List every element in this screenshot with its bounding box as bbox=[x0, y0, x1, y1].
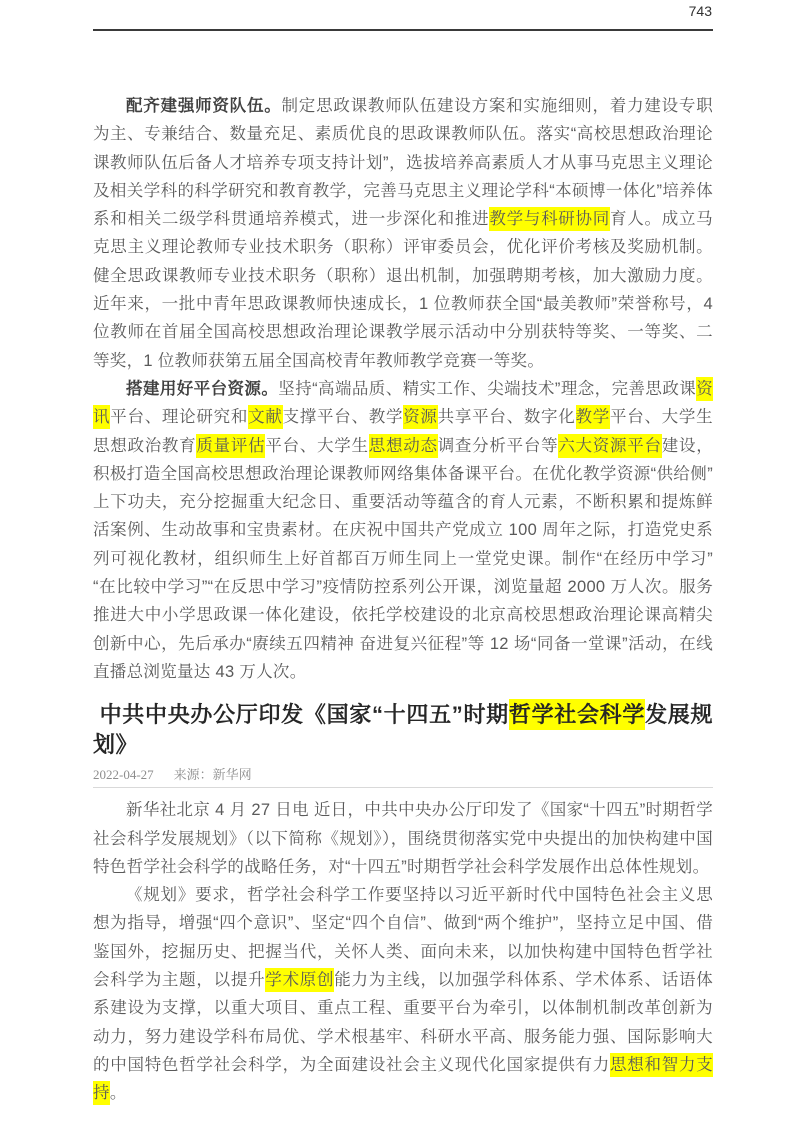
page-number: 743 bbox=[689, 3, 712, 19]
highlighted-text: 文献 bbox=[248, 405, 282, 429]
text-segment: 共享平台、数字化 bbox=[438, 408, 576, 426]
text-segment: 新华社北京 4 月 27 日电 近日，中共中央办公厅印发了《国家“十四五”时期哲… bbox=[93, 801, 713, 876]
text-segment: 平台、理论研究和 bbox=[110, 408, 248, 426]
paragraph-news-requirements: 《规划》要求，哲学社会科学工作要坚持以习近平新时代中国特色社会主义思想为指导，增… bbox=[93, 881, 713, 1107]
header-rule bbox=[93, 29, 713, 31]
highlighted-text: 思想动态 bbox=[369, 434, 438, 458]
article-title: 中共中央办公厅印发《国家“十四五”时期哲学社会科学发展规划》 bbox=[93, 700, 713, 760]
paragraph-lead: 配齐建强师资队伍。 bbox=[126, 97, 282, 115]
text-segment: 育人。成立马克思主义理论教师专业技术职务（职称）评审委员会，优化评价考核及奖励机… bbox=[93, 210, 713, 369]
highlighted-text: 教学与科研协同 bbox=[489, 207, 610, 231]
text-segment: 平台、大学生 bbox=[265, 437, 368, 455]
highlighted-text: 哲学社会科学 bbox=[509, 699, 645, 730]
text-segment: 调查分析平台等 bbox=[438, 437, 559, 455]
highlighted-text: 六大资源平台 bbox=[558, 434, 661, 458]
paragraph-platform-resources: 搭建用好平台资源。坚持“高端品质、精实工作、尖端技术”理念，完善思政课资讯平台、… bbox=[93, 375, 713, 686]
highlighted-text: 资源 bbox=[403, 405, 437, 429]
highlighted-text: 教学 bbox=[576, 405, 610, 429]
article-date: 2022-04-27 bbox=[93, 768, 154, 782]
text-segment: 中共中央办公厅印发《国家“十四五”时期 bbox=[100, 702, 509, 727]
paragraph-teacher-team: 配齐建强师资队伍。制定思政课教师队伍建设方案和实施细则，着力建设专职为主、专兼结… bbox=[93, 92, 713, 375]
text-segment: 支撑平台、教学 bbox=[283, 408, 404, 426]
article-meta: 2022-04-27 来源：新华网 bbox=[93, 768, 713, 788]
paragraph-lead: 搭建用好平台资源。 bbox=[126, 380, 278, 398]
article-source: 来源：新华网 bbox=[174, 768, 252, 782]
highlighted-text: 质量评估 bbox=[196, 434, 265, 458]
highlighted-text: 学术原创 bbox=[265, 968, 334, 992]
text-segment: 坚持“高端品质、精实工作、尖端技术”理念，完善思政课 bbox=[278, 380, 696, 398]
text-segment: 制定思政课教师队伍建设方案和实施细则，着力建设专职为主、专兼结合、数量充足、素质… bbox=[93, 97, 713, 228]
text-segment: 建设，积极打造全国高校思想政治理论课教师网络集体备课平台。在优化教学资源“供给侧… bbox=[93, 437, 713, 681]
page-content: 配齐建强师资队伍。制定思政课教师队伍建设方案和实施细则，着力建设专职为主、专兼结… bbox=[93, 92, 713, 1108]
document-page: 743 配齐建强师资队伍。制定思政课教师队伍建设方案和实施细则，着力建设专职为主… bbox=[0, 0, 793, 1122]
text-segment: 。 bbox=[110, 1084, 127, 1102]
paragraph-news-intro: 新华社北京 4 月 27 日电 近日，中共中央办公厅印发了《国家“十四五”时期哲… bbox=[93, 796, 713, 881]
